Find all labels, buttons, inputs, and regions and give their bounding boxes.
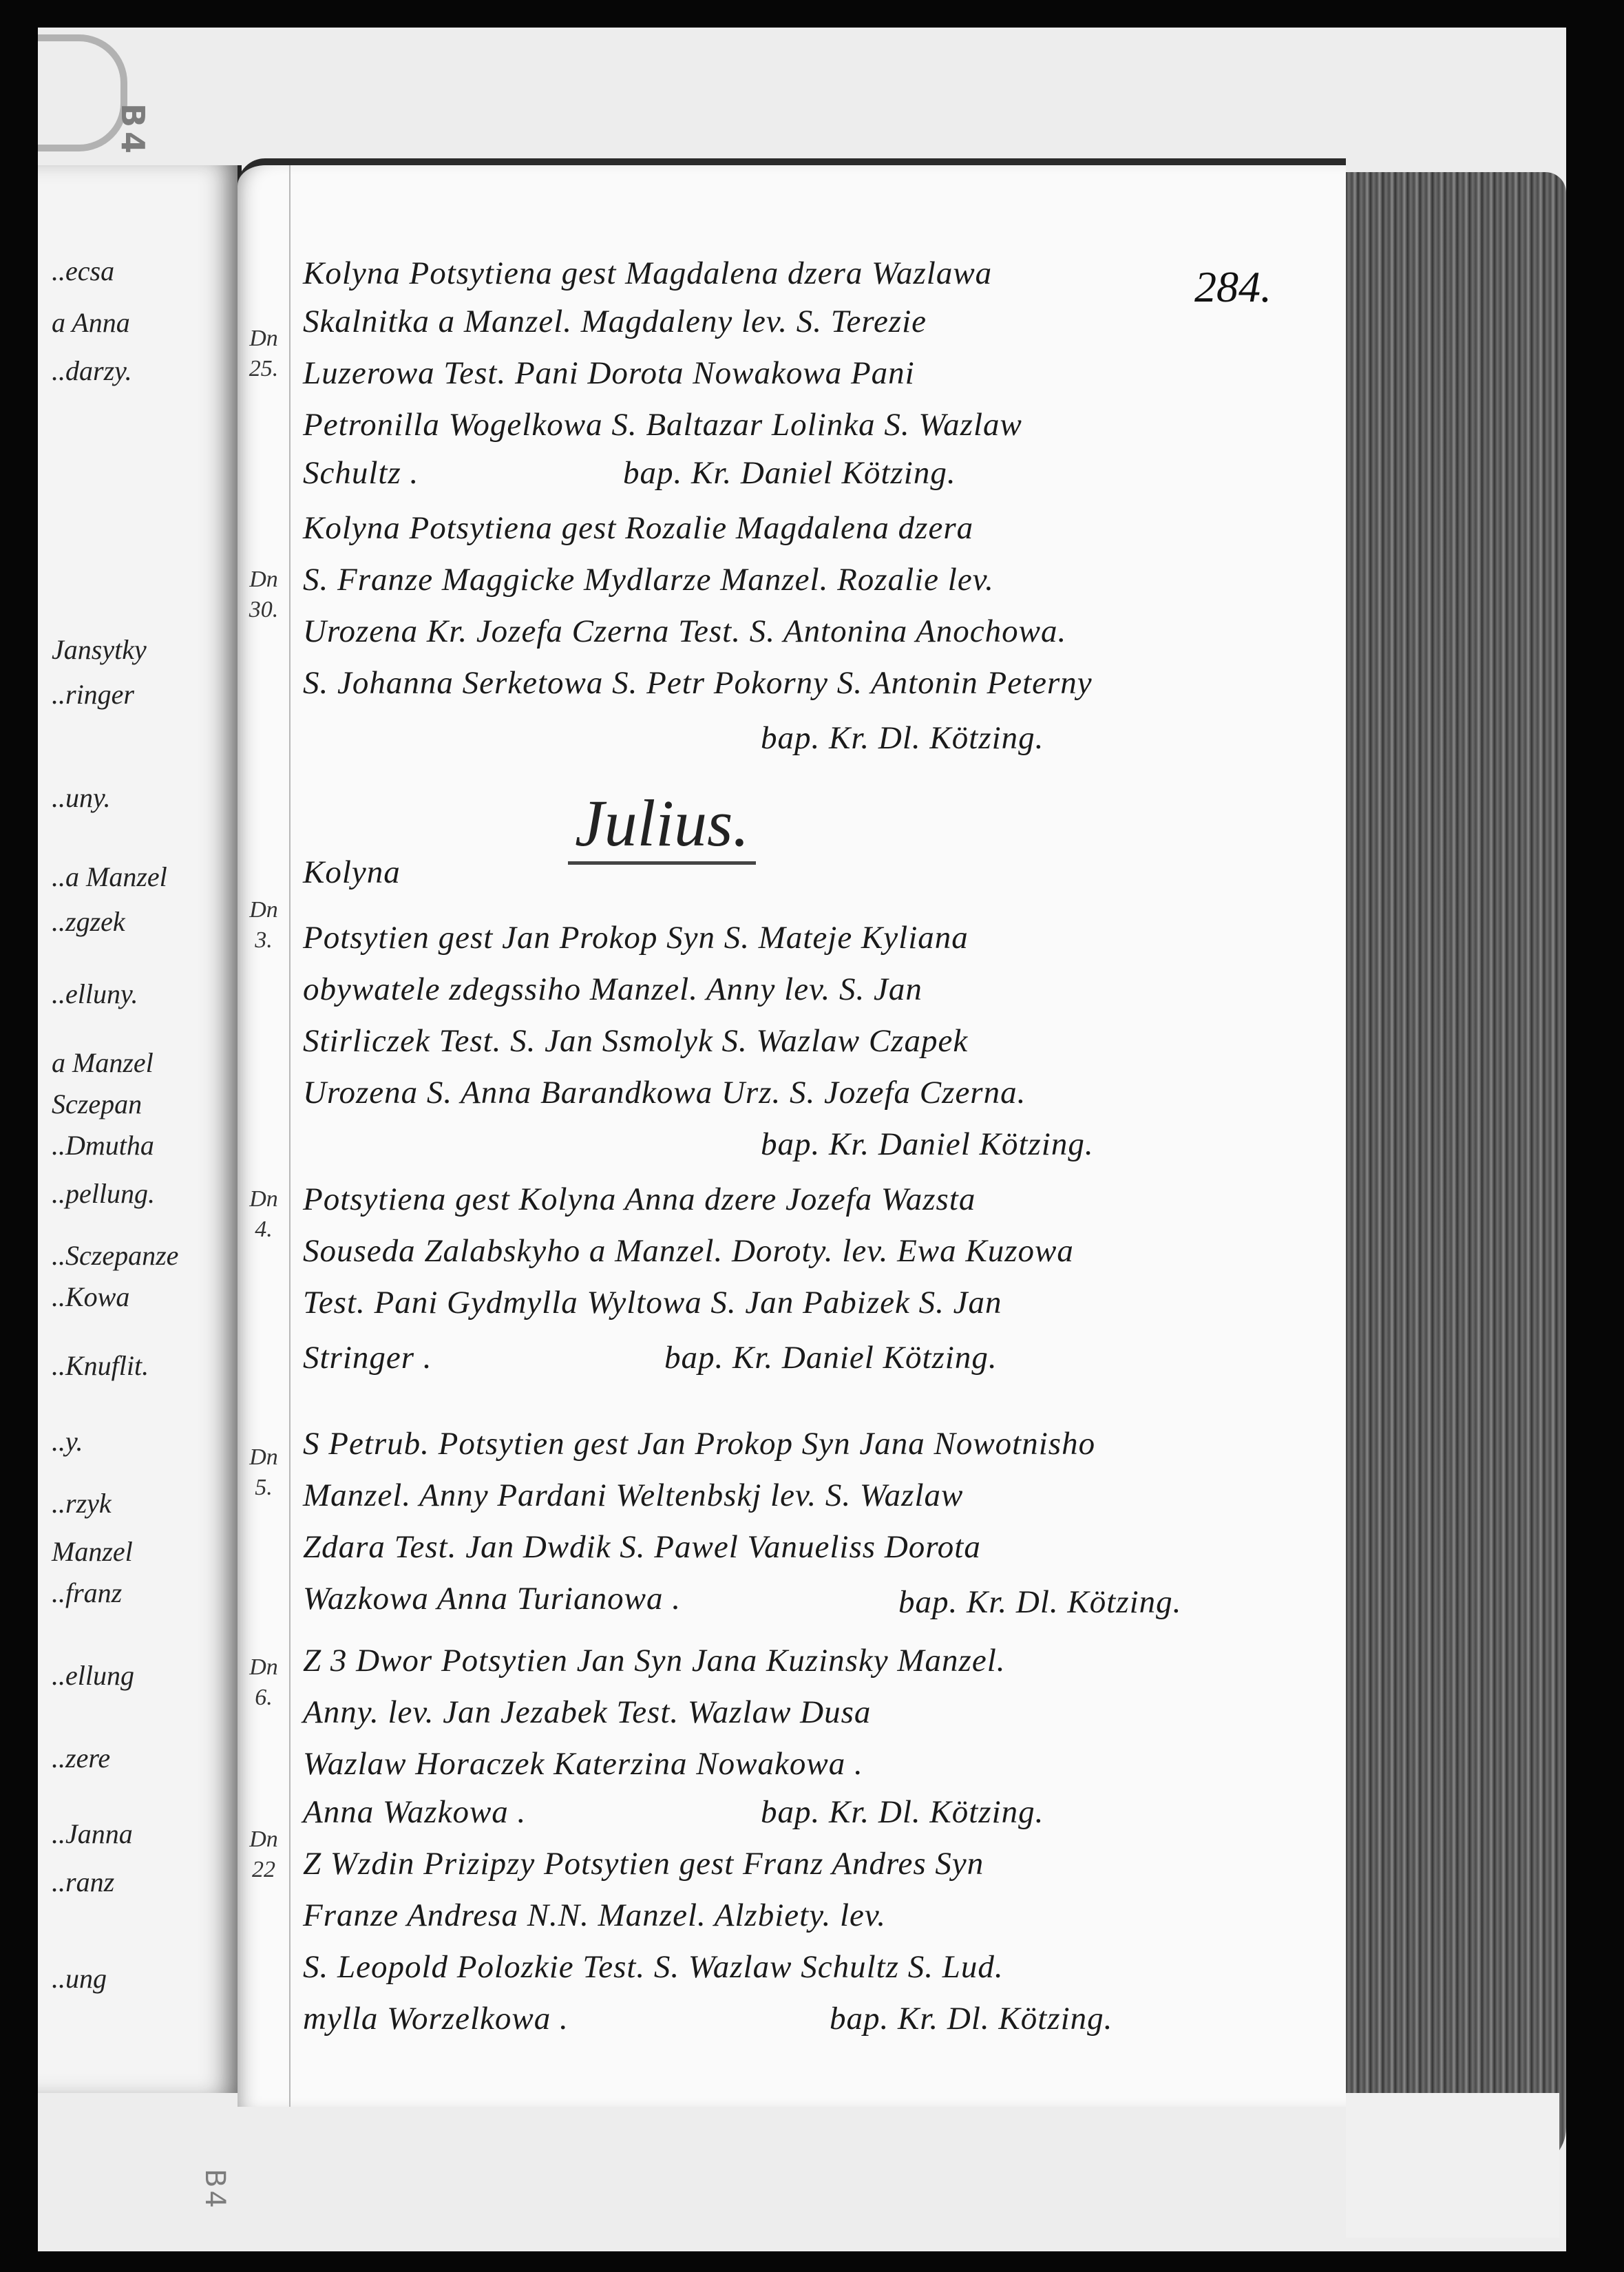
entry-line: Franze Andresa N.N. Manzel. Alzbiety. le… — [303, 1897, 886, 1934]
archive-mark-top: B4 — [114, 103, 151, 158]
baptizer-signature: bap. Kr. Daniel Kötzing. — [664, 1339, 998, 1376]
entry-line: Kolyna Potsytiena gest Rozalie Magdalena… — [303, 509, 973, 547]
entry-line: Potsytiena gest Kolyna Anna dzere Jozefa… — [303, 1181, 976, 1218]
entry-line: Anny. lev. Jan Jezabek Test. Wazlaw Dusa — [303, 1694, 871, 1731]
margin-date: Dn6. — [243, 1652, 284, 1713]
entry-line: S. Leopold Polozkie Test. S. Wazlaw Schu… — [303, 1948, 1004, 1986]
register-page: 284. Dn25. Kolyna Potsytiena gest Magdal… — [238, 158, 1346, 2107]
entry-line: Z 3 Dwor Potsytien Jan Syn Jana Kuzinsky… — [303, 1642, 1006, 1679]
left-fragment: ..pellung. — [52, 1177, 155, 1210]
left-fragment: ..ellung — [52, 1659, 134, 1692]
left-fragment: ..Knuflit. — [52, 1349, 149, 1382]
left-fragment: Manzel — [52, 1535, 133, 1568]
entry-line: S. Franze Maggicke Mydlarze Manzel. Roza… — [303, 561, 994, 598]
left-fragment: a Anna — [52, 306, 130, 339]
month-heading: Julius. — [568, 785, 756, 865]
margin-date: Dn30. — [243, 565, 284, 625]
left-fragment: a Manzel — [52, 1046, 154, 1079]
left-fragment: Sczepan — [52, 1088, 142, 1120]
entry-line: Wazkowa Anna Turianowa . — [303, 1580, 681, 1617]
film-margin — [1346, 2093, 1559, 2238]
entry-line: mylla Worzelkowa . — [303, 2000, 569, 2037]
entry-line: Kolyna Potsytiena gest Magdalena dzera W… — [303, 255, 992, 292]
entry-line: Schultz . — [303, 454, 419, 492]
entry-line: Wazlaw Horaczek Katerzina Nowakowa . — [303, 1745, 863, 1782]
entry-line: Anna Wazkowa . — [303, 1794, 526, 1831]
left-fragment: ..zere — [52, 1742, 110, 1774]
left-fragment: ..uny. — [52, 781, 111, 814]
archive-mark-bottom: B4 — [199, 2169, 231, 2211]
entry-line: S Petrub. Potsytien gest Jan Prokop Syn … — [303, 1425, 1095, 1462]
entry-line: Kolyna — [303, 854, 401, 891]
left-fragment: ..Sczepanze — [52, 1239, 178, 1272]
margin-rule — [289, 165, 291, 2107]
entry-line: Souseda Zalabskyho a Manzel. Doroty. lev… — [303, 1232, 1074, 1270]
margin-date: Dn4. — [243, 1184, 284, 1245]
baptizer-signature: bap. Kr. Dl. Kötzing. — [830, 2000, 1112, 2037]
left-fragment: ..Dmutha — [52, 1129, 154, 1161]
left-fragment: ..elluny. — [52, 978, 138, 1010]
entry-line: Urozena S. Anna Barandkowa Urz. S. Jozef… — [303, 1074, 1026, 1111]
left-fragment: ..Janna — [52, 1818, 133, 1850]
entry-line: Urozena Kr. Jozefa Czerna Test. S. Anton… — [303, 613, 1066, 650]
baptizer-signature: bap. Kr. Dl. Kötzing. — [761, 1794, 1044, 1831]
left-fragment: ..zgzek — [52, 905, 125, 938]
entry-line: Skalnitka a Manzel. Magdaleny lev. S. Te… — [303, 303, 927, 340]
entry-line: Stringer . — [303, 1339, 432, 1376]
entry-line: Zdara Test. Jan Dwdik S. Pawel Vanueliss… — [303, 1528, 981, 1566]
entry-line: Petronilla Wogelkowa S. Baltazar Lolinka… — [303, 406, 1022, 443]
left-fragment: ..ung — [52, 1962, 107, 1995]
left-fragment: ..ecsa — [52, 255, 114, 287]
entry-line: Stirliczek Test. S. Jan Ssmolyk S. Wazla… — [303, 1022, 968, 1060]
margin-date: Dn22 — [243, 1824, 284, 1885]
entry-line: Potsytien gest Jan Prokop Syn S. Mateje … — [303, 919, 969, 956]
left-page-edge: ..ecsa a Anna ..darzy. Jansytky ..ringer… — [38, 165, 242, 2093]
entry-line: Manzel. Anny Pardani Weltenbskj lev. S. … — [303, 1477, 963, 1514]
margin-date: Dn5. — [243, 1442, 284, 1503]
left-fragment: ..Kowa — [52, 1281, 129, 1313]
scan-background: B4 ..ecsa a Anna ..darzy. Jansytky ..rin… — [0, 0, 1624, 2272]
baptizer-signature: bap. Kr. Daniel Kötzing. — [623, 454, 956, 492]
margin-date: Dn3. — [243, 895, 284, 956]
entry-line: Test. Pani Gydmylla Wyltowa S. Jan Pabiz… — [303, 1284, 1002, 1321]
left-fragment: ..ranz — [52, 1866, 114, 1898]
left-fragment: ..y. — [52, 1425, 83, 1458]
entry-line: Z Wzdin Prizipzy Potsytien gest Franz An… — [303, 1845, 984, 1882]
book-fore-edge — [1346, 172, 1566, 2169]
left-fragment: ..franz — [52, 1577, 122, 1609]
left-fragment: ..rzyk — [52, 1487, 112, 1519]
entry-line: S. Johanna Serketowa S. Petr Pokorny S. … — [303, 664, 1093, 702]
left-fragment: ..ringer — [52, 678, 134, 711]
left-fragment: ..darzy. — [52, 355, 132, 387]
baptizer-signature: bap. Kr. Dl. Kötzing. — [898, 1584, 1181, 1621]
left-fragment: Jansytky — [52, 633, 147, 666]
page-number: 284. — [1194, 262, 1272, 313]
entry-line: Luzerowa Test. Pani Dorota Nowakowa Pani — [303, 355, 915, 392]
left-fragment: ..a Manzel — [52, 861, 167, 893]
margin-date: Dn25. — [243, 324, 284, 384]
baptizer-signature: bap. Kr. Dl. Kötzing. — [761, 719, 1044, 757]
baptizer-signature: bap. Kr. Daniel Kötzing. — [761, 1126, 1094, 1163]
entry-line: obywatele zdegssiho Manzel. Anny lev. S.… — [303, 971, 922, 1008]
